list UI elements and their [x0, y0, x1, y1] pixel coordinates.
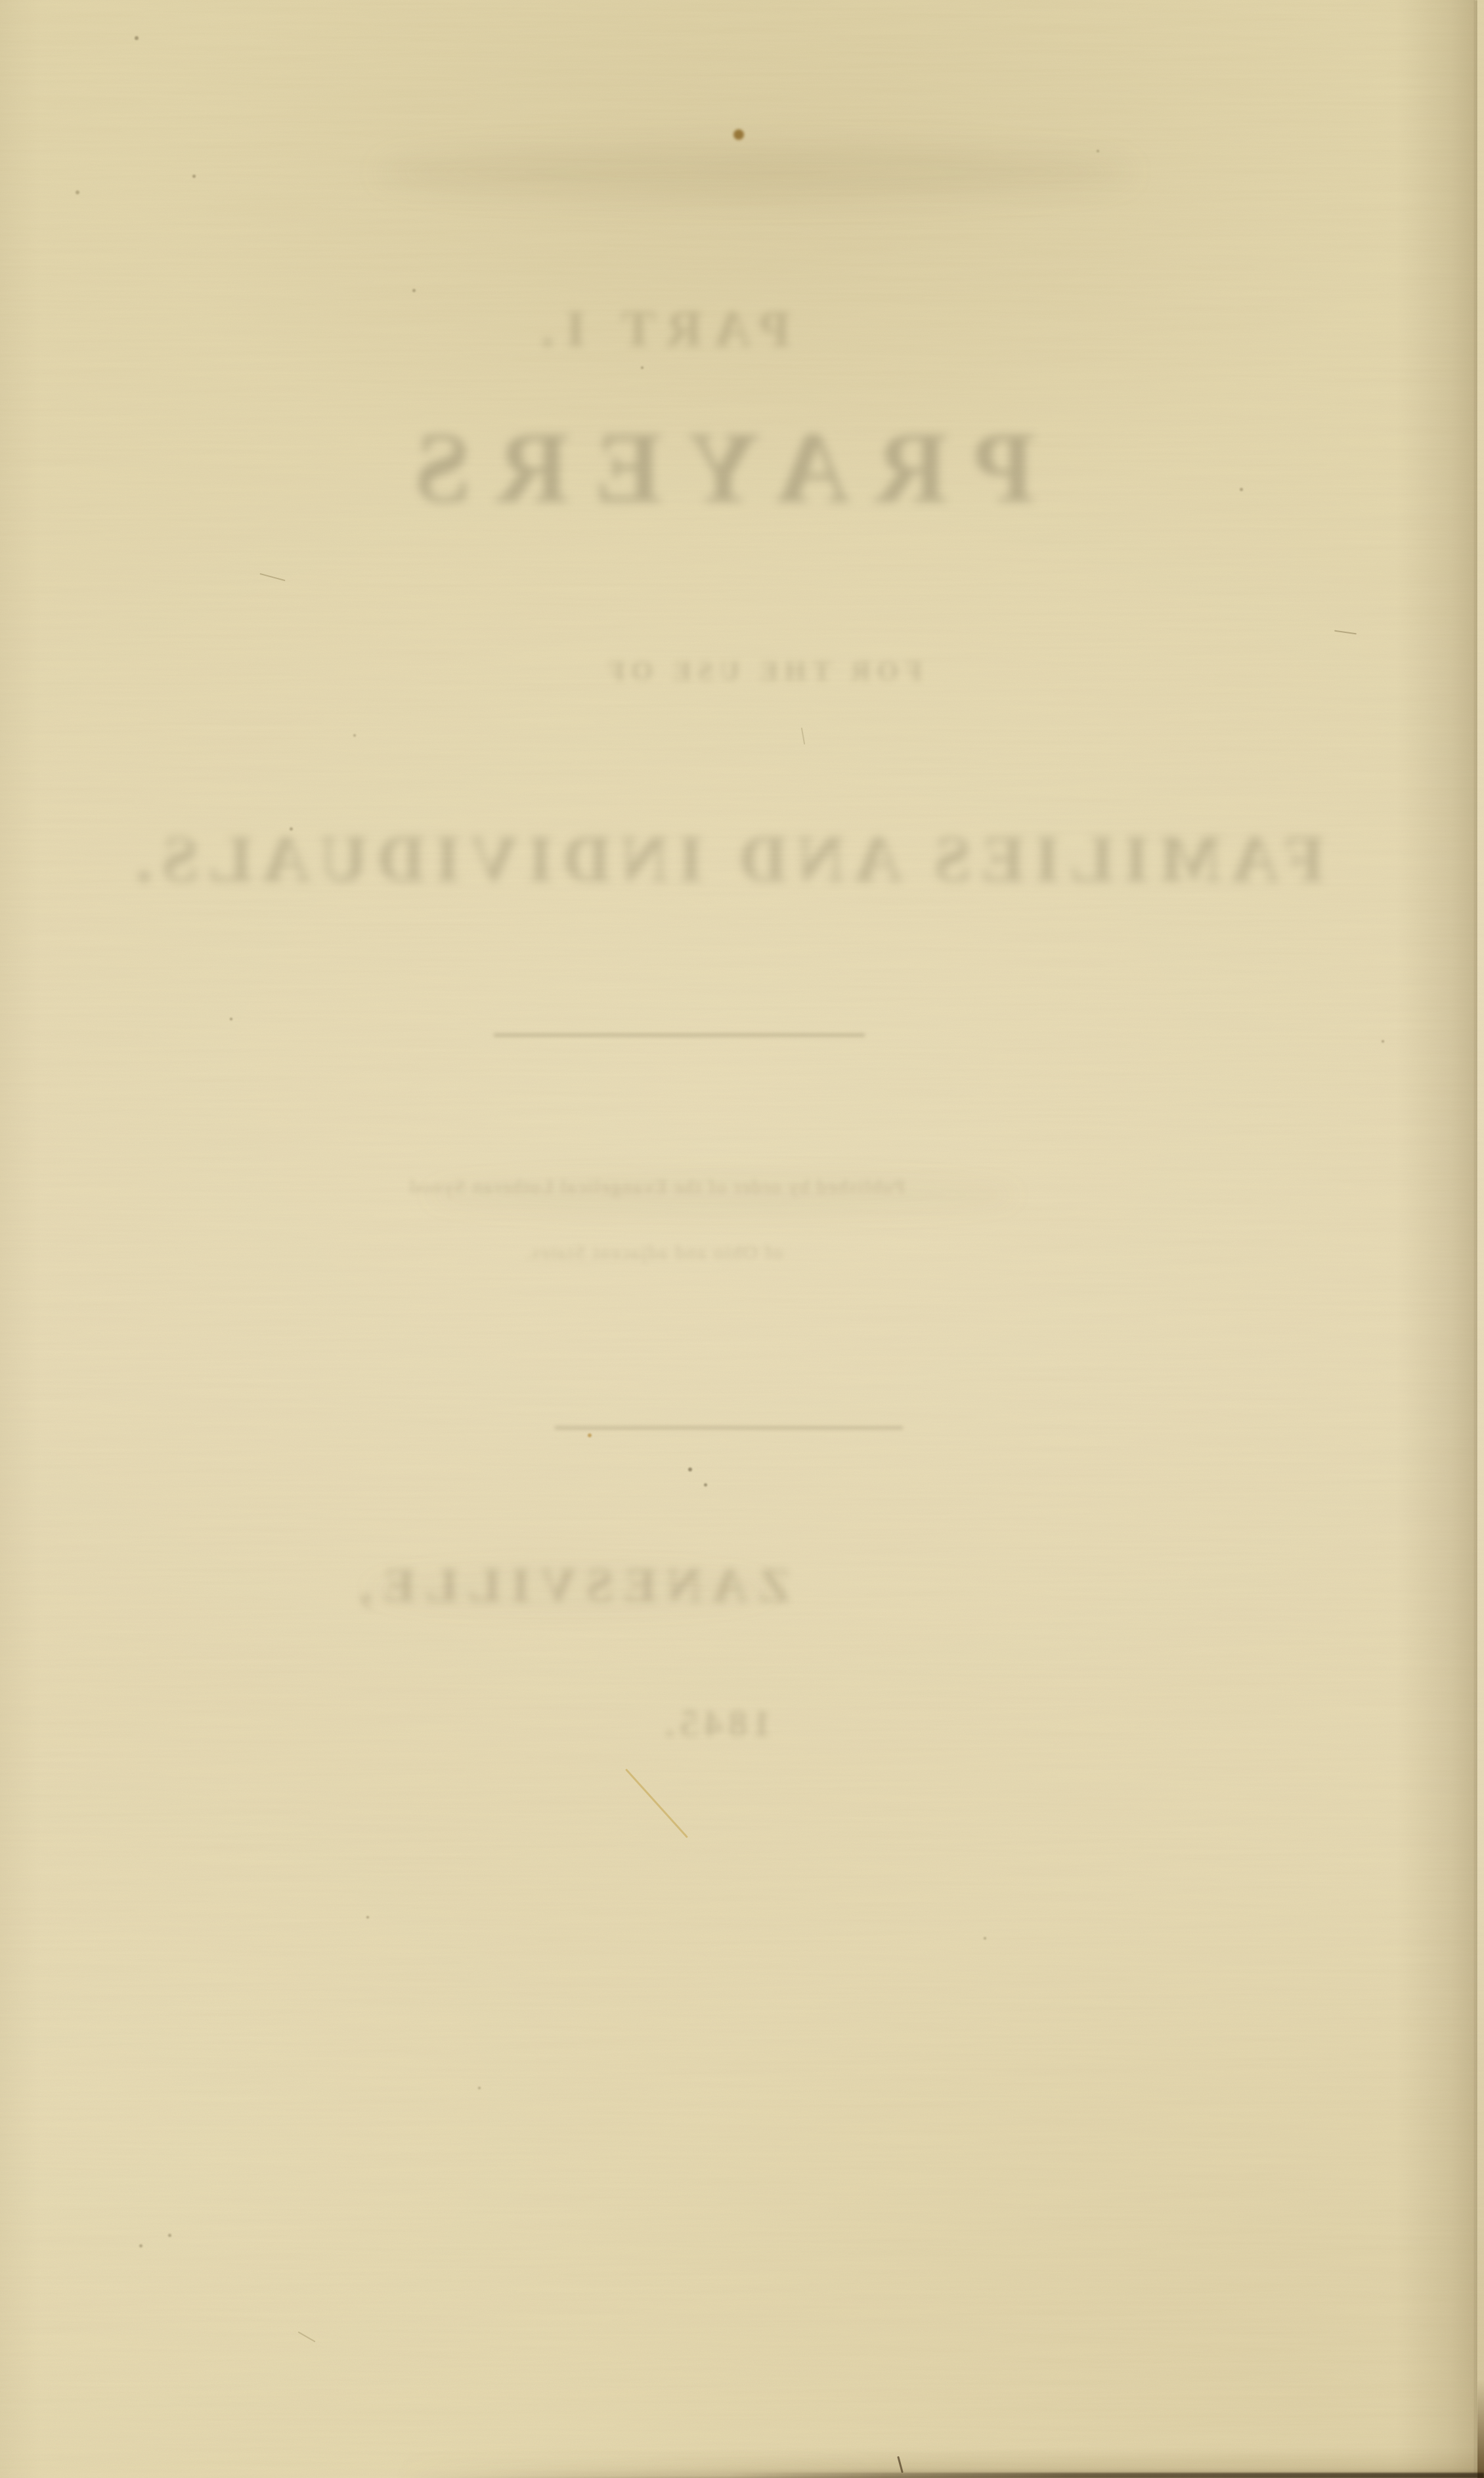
- showthrough-imprint-line-1: Published by order of the Evangelical Lu…: [408, 1177, 905, 1197]
- showthrough-part-line: PART I.: [529, 303, 791, 355]
- paper-fiber-streaks-overlay: [0, 0, 1484, 2478]
- showthrough-use-line: FOR THE USE OF: [601, 658, 922, 685]
- paper-speck: [1097, 150, 1099, 152]
- paper-speck: [353, 734, 356, 737]
- paper-speck: [139, 2244, 142, 2248]
- paper-speck: [1382, 1040, 1384, 1043]
- page-fore-edge-strip: [1477, 0, 1484, 2478]
- paper-fiber: [625, 1768, 688, 1838]
- book-page-scan: PART I. PRAYERS FOR THE USE OF FAMILIES …: [0, 0, 1484, 2478]
- paper-fiber: [1334, 630, 1357, 635]
- paper-speck: [168, 2234, 171, 2237]
- paper-fiber: [298, 2332, 316, 2343]
- paper-fiber: [801, 728, 805, 745]
- paper-speck: [135, 36, 139, 40]
- paper-speck: [366, 1916, 369, 1919]
- paper-speck: [192, 175, 196, 178]
- paper-speck: [641, 366, 644, 369]
- page-bottom-edge-line: [729, 2473, 1484, 2478]
- paper-speck: [412, 289, 416, 292]
- showthrough-title-line: PRAYERS: [389, 417, 1036, 519]
- showthrough-year-line: 1845.: [660, 1705, 772, 1743]
- paper-speck: [1240, 488, 1243, 491]
- page-left-edge-shade: [0, 0, 39, 2478]
- paper-fiber: [259, 573, 285, 581]
- paper-speck: [688, 1467, 692, 1471]
- page-right-edge-shadow: [1396, 0, 1475, 2478]
- showthrough-city-line: ZANESVILLE,: [349, 1561, 791, 1610]
- paper-smudge: [378, 146, 1133, 198]
- showthrough-imprint-line-2: of Ohio and adjacent States.: [524, 1243, 782, 1263]
- showthrough-rule-1: [494, 1033, 865, 1037]
- paper-speck: [588, 1433, 592, 1437]
- paper-grain-overlay: [0, 0, 1484, 2478]
- paper-speck: [478, 2087, 481, 2089]
- showthrough-families-line: FAMILIES AND INDIVIDUALS.: [127, 826, 1325, 893]
- paper-speck: [733, 129, 744, 140]
- paper-speck: [230, 1018, 232, 1020]
- showthrough-rule-2: [555, 1426, 903, 1429]
- paper-speck: [76, 190, 79, 194]
- paper-speck: [704, 1483, 707, 1487]
- paper-speck: [984, 1937, 986, 1940]
